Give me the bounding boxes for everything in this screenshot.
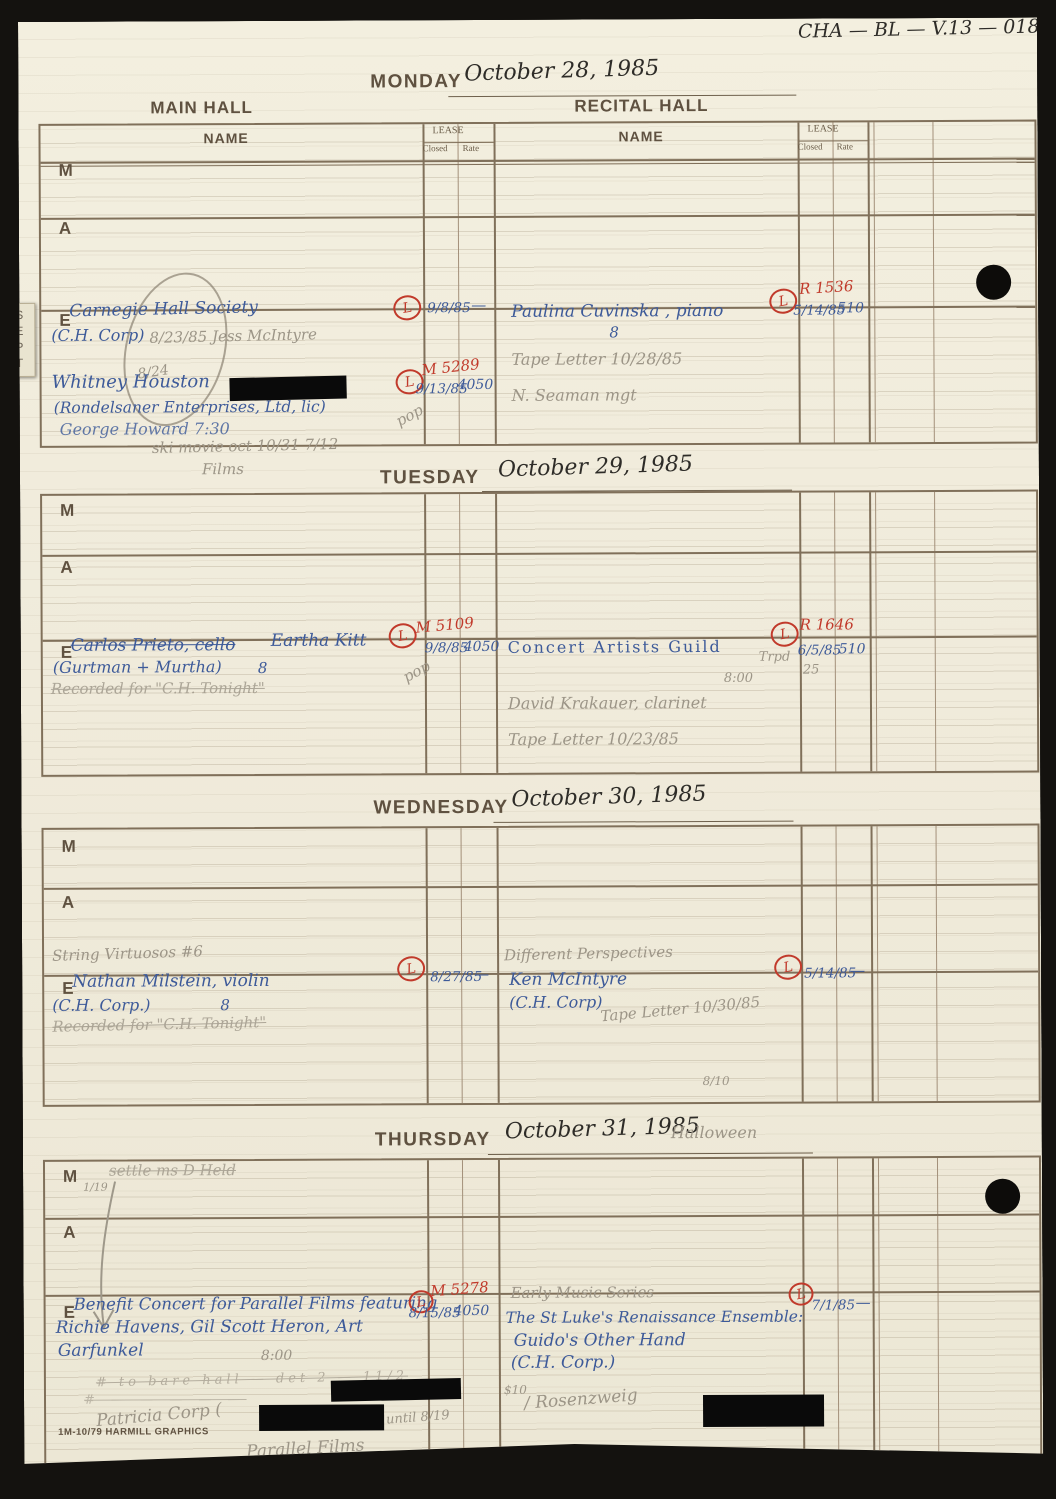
lease-header-main: LEASE: [432, 126, 463, 137]
redaction-bar: [331, 1378, 461, 1402]
pencil-note: 8/10: [703, 1075, 730, 1088]
entry-name: Concert Artists Guild: [508, 639, 722, 657]
date-wednesday: October 30, 1985: [511, 782, 707, 811]
entry-name: The St Luke's Renaissance Ensemble:: [506, 1309, 804, 1327]
pencil-note: Parallel Films: [246, 1437, 365, 1462]
row-letter-m-wednesday: M: [62, 838, 76, 856]
day-label-monday: MONDAY: [370, 72, 462, 92]
lease-header-recital: LEASE: [807, 124, 838, 135]
entry-name: Paulina Cuvinska , piano: [511, 303, 723, 322]
lease-rate: —: [850, 963, 865, 979]
entry-name: Eartha Kitt: [271, 632, 367, 650]
lease-closed-date: 9/8/85: [425, 641, 469, 655]
entry-name: Whitney Houston: [52, 373, 210, 393]
pencil-note: David Krakauer, clarinet: [508, 695, 707, 713]
printer-mark: 1M-10/79 HARMILL GRAPHICS: [58, 1427, 209, 1438]
day-label-wednesday: WEDNESDAY: [373, 798, 508, 819]
archive-code: CHA — BL — V.13 — 018: [798, 17, 1040, 42]
lease-closed-date: 9/8/85: [427, 301, 471, 315]
entry-detail: 8: [609, 325, 619, 341]
lease-closed-date: 6/5/85: [798, 643, 842, 657]
entry-org: (Gurtman + Murtha): [53, 659, 222, 677]
lease-rate: —: [474, 967, 489, 983]
pencil-note: 25: [803, 664, 820, 678]
pencil-note: Tape Letter 10/23/85: [508, 731, 679, 749]
row-letter-m-monday: M: [59, 162, 73, 180]
entry-name: Nathan Milstein, violin: [72, 973, 270, 992]
recital-hall-header: RECITAL HALL: [574, 97, 708, 115]
sept-tab-label: SEPT: [12, 308, 26, 372]
pencil-note-struck: Recorded for "C.H. Tonight": [51, 681, 265, 698]
lease-closed-date: 7/1/85: [812, 1298, 856, 1312]
pencil-note: 8:00: [261, 1349, 293, 1364]
lease-rate: 4050: [464, 640, 500, 655]
pencil-note: 8:00: [724, 672, 753, 686]
entry-detail: Richie Havens, Gil Scott Heron, Art: [56, 1319, 363, 1338]
day-label-thursday: THURSDAY: [375, 1130, 491, 1150]
entry-detail: 8: [220, 998, 230, 1014]
lease-rate: 4050: [454, 1304, 490, 1319]
lease-rate: —: [471, 298, 486, 314]
date-underline: [493, 821, 793, 823]
pencil-note: N. Seaman mgt: [512, 387, 637, 404]
name-header-main: NAME: [203, 131, 248, 146]
redaction-bar: [259, 1404, 384, 1431]
lease-rate: 510: [837, 301, 864, 316]
pencil-note: Tape Letter 10/28/85: [511, 351, 682, 369]
lease-number: R 1536: [799, 279, 854, 298]
pencil-note: Halloween: [671, 1125, 757, 1142]
day-label-tuesday: TUESDAY: [380, 468, 480, 488]
scanned-ledger-page: CHA — BL — V.13 — 018 MONDAY October 28,…: [0, 0, 1056, 1499]
pencil-note: Early Music Series: [511, 1285, 655, 1301]
entry-org: (C.H. Corp): [509, 994, 602, 1011]
sept-index-tab: SEPT: [3, 303, 35, 377]
entry-name-struck: Carlos Prieto, cello: [71, 637, 236, 656]
row-letter-a-tuesday: A: [60, 559, 72, 577]
hole-punch: [976, 265, 1011, 300]
entry-name: Benefit Concert for Parallel Films featu…: [74, 1294, 438, 1313]
row-letter-a-wednesday: A: [62, 894, 74, 912]
entry-org: (C.H. Corp.): [52, 997, 150, 1014]
date-underline: [488, 1153, 813, 1155]
rate-label-recital: Rate: [837, 142, 854, 152]
wednesday-table: [42, 824, 1041, 1107]
entry-org: (Rondelsaner Enterprises, Ltd, lic): [54, 399, 326, 416]
pencil-note: Different Perspectives: [504, 945, 673, 964]
lease-closed-date: 5/14/85: [804, 966, 856, 980]
date-monday: October 28, 1985: [464, 57, 660, 86]
entry-org: (C.H. Corp.): [511, 1354, 615, 1372]
date-tuesday: October 29, 1985: [498, 453, 694, 482]
entry-name: Ken McIntyre: [509, 971, 627, 989]
redaction-bar: [703, 1394, 824, 1427]
closed-label-main: Closed: [423, 144, 448, 154]
pencil-note: Films: [202, 462, 244, 478]
lease-number: R 1646: [800, 617, 854, 633]
row-letter-a-thursday: A: [63, 1224, 75, 1242]
hole-punch: [985, 1179, 1020, 1214]
name-header-recital: NAME: [618, 129, 663, 144]
main-hall-header: MAIN HALL: [150, 99, 253, 117]
entry-detail: 8: [258, 661, 268, 677]
entry-detail: Garfunkel: [58, 1342, 144, 1360]
paper-sheet: CHA — BL — V.13 — 018 MONDAY October 28,…: [18, 18, 1043, 1474]
row-letter-a-monday: A: [59, 220, 71, 238]
pencil-note: Trpd: [759, 651, 791, 665]
lease-rate: 4050: [458, 378, 494, 393]
entry-detail: George Howard 7:30: [60, 421, 230, 439]
lease-rate: 510: [839, 642, 866, 657]
pencil-note: ski movie oct 10/31 7/12: [152, 437, 339, 457]
lease-rate: —: [856, 1295, 871, 1311]
row-letter-m-tuesday: M: [60, 502, 74, 520]
closed-label-recital: Closed: [798, 142, 823, 152]
rate-label-main: Rate: [463, 144, 480, 154]
entry-detail: Guido's Other Hand: [514, 1332, 686, 1351]
